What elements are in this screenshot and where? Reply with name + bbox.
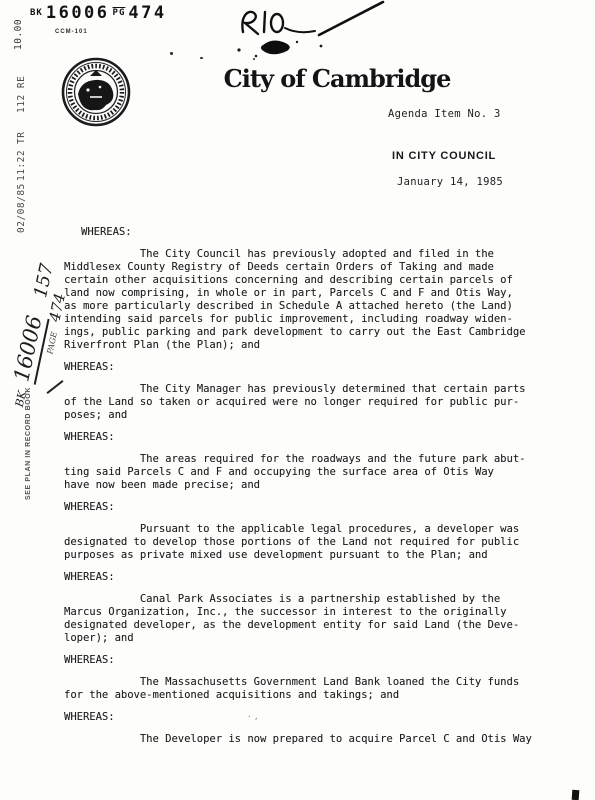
margin-time-stamp: 11:22 (16, 150, 27, 181)
page-label: PG (113, 8, 126, 23)
document-date: January 14, 1985 (397, 176, 503, 188)
whereas-paragraph-3: The areas required for the roadways and … (64, 453, 569, 492)
whereas-label-3: WHEREAS: (64, 431, 569, 444)
scan-speck (170, 52, 173, 55)
whereas-label-2: WHEREAS: (64, 361, 569, 374)
agenda-item-number: Agenda Item No. 3 (388, 108, 501, 120)
whereas-paragraph-5: Canal Park Associates is a partnership e… (64, 593, 569, 645)
handwritten-scrawl-mark (225, 0, 395, 62)
form-code: CCM-101 (55, 29, 88, 35)
whereas-paragraph-6: The Massachusetts Government Land Bank l… (64, 676, 569, 702)
whereas-label-4: WHEREAS: (64, 501, 569, 514)
whereas-paragraph-4: Pursuant to the applicable legal procedu… (64, 523, 569, 562)
margin-ref-stamp: 112 RE (16, 76, 27, 113)
recording-stamp: BK 16006 PG 474 (30, 3, 170, 23)
document-body: WHEREAS: The City Council has previously… (64, 226, 569, 755)
whereas-paragraph-1: The City Council has previously adopted … (64, 248, 569, 352)
whereas-paragraph-7: The Developer is now prepared to acquire… (64, 733, 569, 746)
scan-speck (200, 57, 203, 59)
book-label: BK (30, 8, 43, 23)
fee-stamp: 10.00 (13, 19, 24, 50)
handwritten-page-label: PAGE (45, 331, 59, 355)
scanned-document-page: BK 16006 PG 474 CCM-101 10.00 112 RE TR … (0, 0, 595, 800)
handwritten-bk: BK (13, 389, 29, 408)
whereas-label-5: WHEREAS: (64, 571, 569, 584)
page-number: 474 (128, 3, 166, 23)
scan-smudge: ·, (247, 712, 261, 721)
city-seal-icon (60, 56, 132, 128)
document-title: City of Cambridge (222, 64, 452, 93)
whereas-label-7: WHEREAS: (64, 711, 569, 724)
corner-ink-mark (572, 790, 580, 800)
whereas-label-1: WHEREAS: (64, 226, 569, 239)
whereas-paragraph-2: The City Manager has previously determin… (64, 383, 569, 422)
scan-speck (253, 58, 255, 60)
margin-date-stamp: 02/08/85 (16, 183, 27, 233)
council-heading: IN CITY COUNCIL (392, 150, 496, 162)
book-number: 16006 (46, 3, 110, 23)
margin-code-stamp: TR (16, 132, 27, 144)
whereas-label-6: WHEREAS: (64, 654, 569, 667)
